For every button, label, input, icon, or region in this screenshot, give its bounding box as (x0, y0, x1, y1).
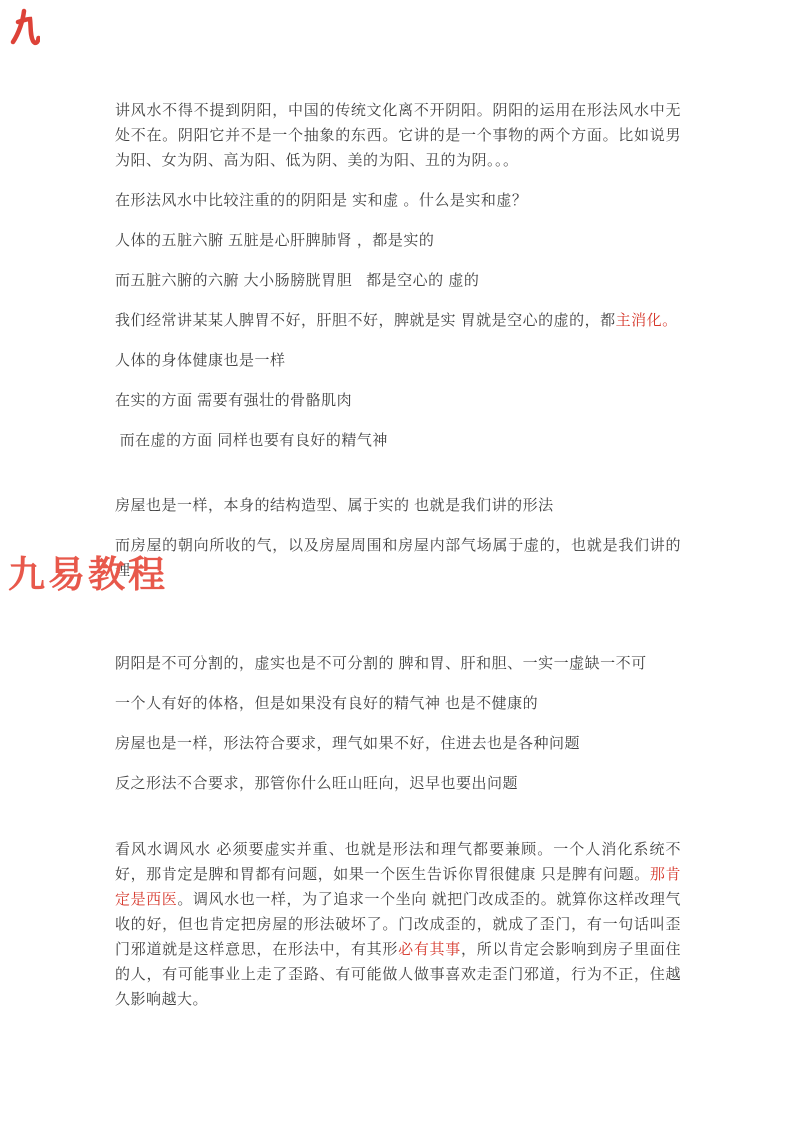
paragraph-spacer (115, 468, 681, 493)
watermark: 九易教程 (8, 544, 168, 598)
red-highlight-text: 主消化。 (616, 312, 678, 329)
paragraph: 在实的方面 需要有强壮的骨骼肌肉 (115, 388, 681, 413)
paragraph: 而五脏六腑的六腑 大小肠膀胱胃胆 都是空心的 虚的 (115, 268, 681, 293)
text-run: 在形法风水中比较注重的的阴阳是 实和虚 。什么是实和虚？ (115, 192, 527, 209)
paragraph-spacer (115, 811, 681, 837)
text-run: 房屋也是一样，形法符合要求，理气如果不好，住进去也是各种问题 (115, 735, 580, 752)
text-run: 人体的五脏六腑 五脏是心肝脾肺肾 ，都是实的 (115, 232, 434, 249)
paragraph: 反之形法不合要求，那管你什么旺山旺向，迟早也要出问题 (115, 771, 681, 796)
text-run: 人体的身体健康也是一样 (115, 352, 286, 369)
text-run: 而房屋的朝向所收的气，以及房屋周围和房屋内部气场属于虚的，也就是我们讲的理 (115, 537, 681, 579)
paragraph: 而在虚的方面 同样也要有良好的精气神 (115, 428, 681, 453)
text-run: 看风水调风水 必须要虚实并重、也就是形法和理气都要兼顾。一个人消化系统不好，那肯… (115, 841, 681, 883)
paragraph: 在形法风水中比较注重的的阴阳是 实和虚 。什么是实和虚？ (115, 188, 681, 213)
paragraph: 而房屋的朝向所收的气，以及房屋周围和房屋内部气场属于虚的，也就是我们讲的理 (115, 533, 681, 583)
paragraph: 看风水调风水 必须要虚实并重、也就是形法和理气都要兼顾。一个人消化系统不好，那肯… (115, 837, 681, 1012)
text-run: 阴阳是不可分割的，虚实也是不可分割的 脾和胃、肝和胆、一实一虚缺一不可 (115, 655, 647, 672)
paragraph: 一个人有好的体格，但是如果没有良好的精气神 也是不健康的 (115, 691, 681, 716)
paragraph-spacer (115, 598, 681, 651)
text-run: 我们经常讲某某人脾胃不好，肝胆不好，脾就是实 胃就是空心的虚的，都 (115, 312, 616, 329)
paragraph: 讲风水不得不提到阴阳，中国的传统文化离不开阴阳。阴阳的运用在形法风水中无处不在。… (115, 98, 681, 173)
red-highlight-text: 必有其事 (398, 941, 461, 958)
document-page: 讲风水不得不提到阴阳，中国的传统文化离不开阴阳。阴阳的运用在形法风水中无处不在。… (0, 0, 794, 1123)
text-run: 在实的方面 需要有强壮的骨骼肌肉 (115, 392, 352, 409)
paragraph: 阴阳是不可分割的，虚实也是不可分割的 脾和胃、肝和胆、一实一虚缺一不可 (115, 651, 681, 676)
text-run: 反之形法不合要求，那管你什么旺山旺向，迟早也要出问题 (115, 775, 518, 792)
text-run: 一个人有好的体格，但是如果没有良好的精气神 也是不健康的 (115, 695, 538, 712)
paragraph: 房屋也是一样，本身的结构造型、属于实的 也就是我们讲的形法 (115, 493, 681, 518)
paragraph: 房屋也是一样，形法符合要求，理气如果不好，住进去也是各种问题 (115, 731, 681, 756)
text-run: 房屋也是一样，本身的结构造型、属于实的 也就是我们讲的形法 (115, 497, 554, 514)
paragraph: 人体的身体健康也是一样 (115, 348, 681, 373)
text-body: 讲风水不得不提到阴阳，中国的传统文化离不开阴阳。阴阳的运用在形法风水中无处不在。… (115, 98, 681, 1027)
red-scribble-icon (10, 6, 40, 51)
text-run: 讲风水不得不提到阴阳，中国的传统文化离不开阴阳。阴阳的运用在形法风水中无处不在。… (115, 102, 681, 169)
paragraph: 人体的五脏六腑 五脏是心肝脾肺肾 ，都是实的 (115, 228, 681, 253)
text-run: 而在虚的方面 同样也要有良好的精气神 (115, 432, 388, 449)
text-run: 而五脏六腑的六腑 大小肠膀胱胃胆 都是空心的 虚的 (115, 272, 479, 289)
paragraph: 我们经常讲某某人脾胃不好，肝胆不好，脾就是实 胃就是空心的虚的，都主消化。 (115, 308, 681, 333)
